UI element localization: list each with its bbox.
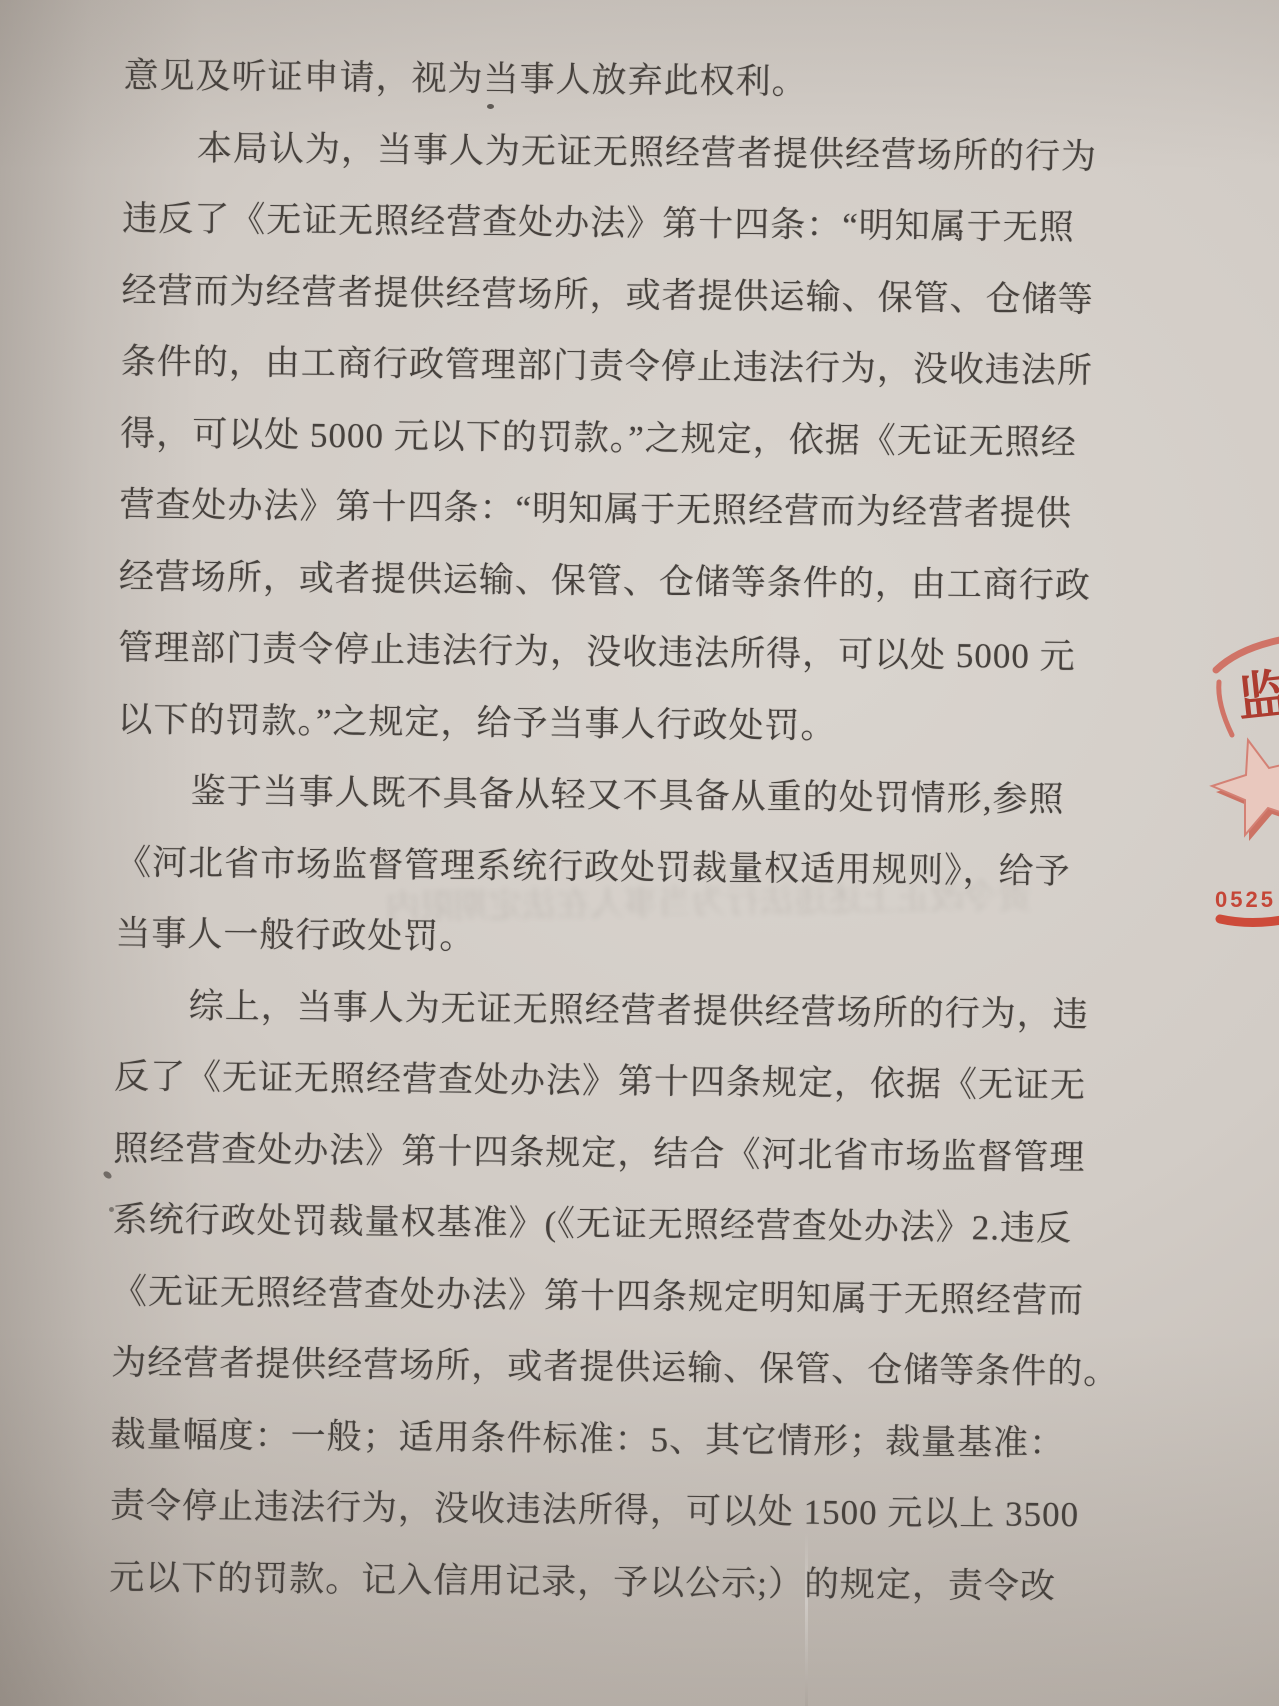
text-line: 以下的罚款。”之规定，给予当事人行政处罚。 — [117, 683, 1178, 765]
text-line: 元以下的罚款。记入信用记录，予以公示;）的规定，责令改 — [109, 1541, 1170, 1623]
text-line: 管理部门责令停止违法行为，没收违法所得，可以处 5000 元 — [118, 612, 1179, 694]
document-body: 意见及听证申请，视为当事人放弃此权利。 本局认为，当事人为无证无照经营者提供经营… — [109, 40, 1184, 1623]
text-line: 意见及听证申请，视为当事人放弃此权利。 — [123, 40, 1184, 122]
text-line: 裁量幅度：一般；适用条件标准：5、其它情形；裁量基准： — [110, 1398, 1171, 1480]
text-line: 经营而为经营者提供经营场所，或者提供运输、保管、仓储等 — [121, 254, 1182, 336]
text-line: 综上，当事人为无证无照经营者提供经营场所的行为，违 — [114, 969, 1175, 1051]
text-line: 违反了《无证无照经营查处办法》第十四条：“明知属于无照 — [122, 183, 1183, 265]
seal-character: 监 — [1235, 665, 1279, 728]
text-line: 鉴于当事人既不具备从轻又不具备从重的处罚情形,参照 — [116, 755, 1177, 837]
ink-speck — [109, 1207, 114, 1212]
text-line: 照经营查处办法》第十四条规定，结合《河北省市场监督管理 — [113, 1112, 1174, 1194]
seal-bottom-arc — [1220, 914, 1279, 923]
text-line: 系统行政处罚裁量权基准》(《无证无照经营查处办法》2.违反 — [112, 1184, 1173, 1266]
text-line: 责令停止违法行为，没收违法所得，可以处 1500 元以上 3500 — [110, 1470, 1171, 1552]
paper-crease — [805, 1532, 808, 1706]
ink-speck — [487, 104, 494, 109]
text-line: 本局认为，当事人为无证无照经营者提供经营场所的行为 — [123, 111, 1184, 193]
text-line: 当事人一般行政处罚。 — [115, 898, 1176, 980]
text-line: 营查处办法》第十四条：“明知属于无照经营而为经营者提供 — [119, 469, 1180, 551]
text-line: 《无证无照经营查处办法》第十四条规定明知属于无照经营而 — [112, 1255, 1173, 1337]
text-line: 经营场所，或者提供运输、保管、仓储等条件的，由工商行政 — [119, 540, 1180, 622]
seal-star-icon — [1212, 740, 1279, 835]
text-line: 《河北省市场监督管理系统行政处罚裁量权适用规则》，给予 — [116, 826, 1177, 908]
text-line: 反了《无证无照经营查处办法》第十四条规定，依据《无证无 — [114, 1041, 1175, 1123]
seal-rim-arc — [1216, 638, 1279, 670]
scanned-document-page: 责令改正上述违法行为当事人在法定期限内 意见及听证申请，视为当事人放弃此权利。 … — [0, 0, 1279, 1706]
text-line: 为经营者提供经营场所，或者提供运输、保管、仓储等条件的。 — [111, 1327, 1172, 1409]
seal-rim-arc — [1219, 682, 1232, 735]
seal-digits: 0525 — [1215, 887, 1276, 912]
official-seal-stamp: 监 0525 — [1129, 630, 1279, 950]
text-line: 条件的，由工商行政管理部门责令停止违法行为，没收违法所 — [121, 326, 1182, 408]
ink-speck — [102, 1170, 113, 1180]
text-line: 得，可以处 5000 元以下的罚款。”之规定，依据《无证无照经 — [120, 397, 1181, 479]
